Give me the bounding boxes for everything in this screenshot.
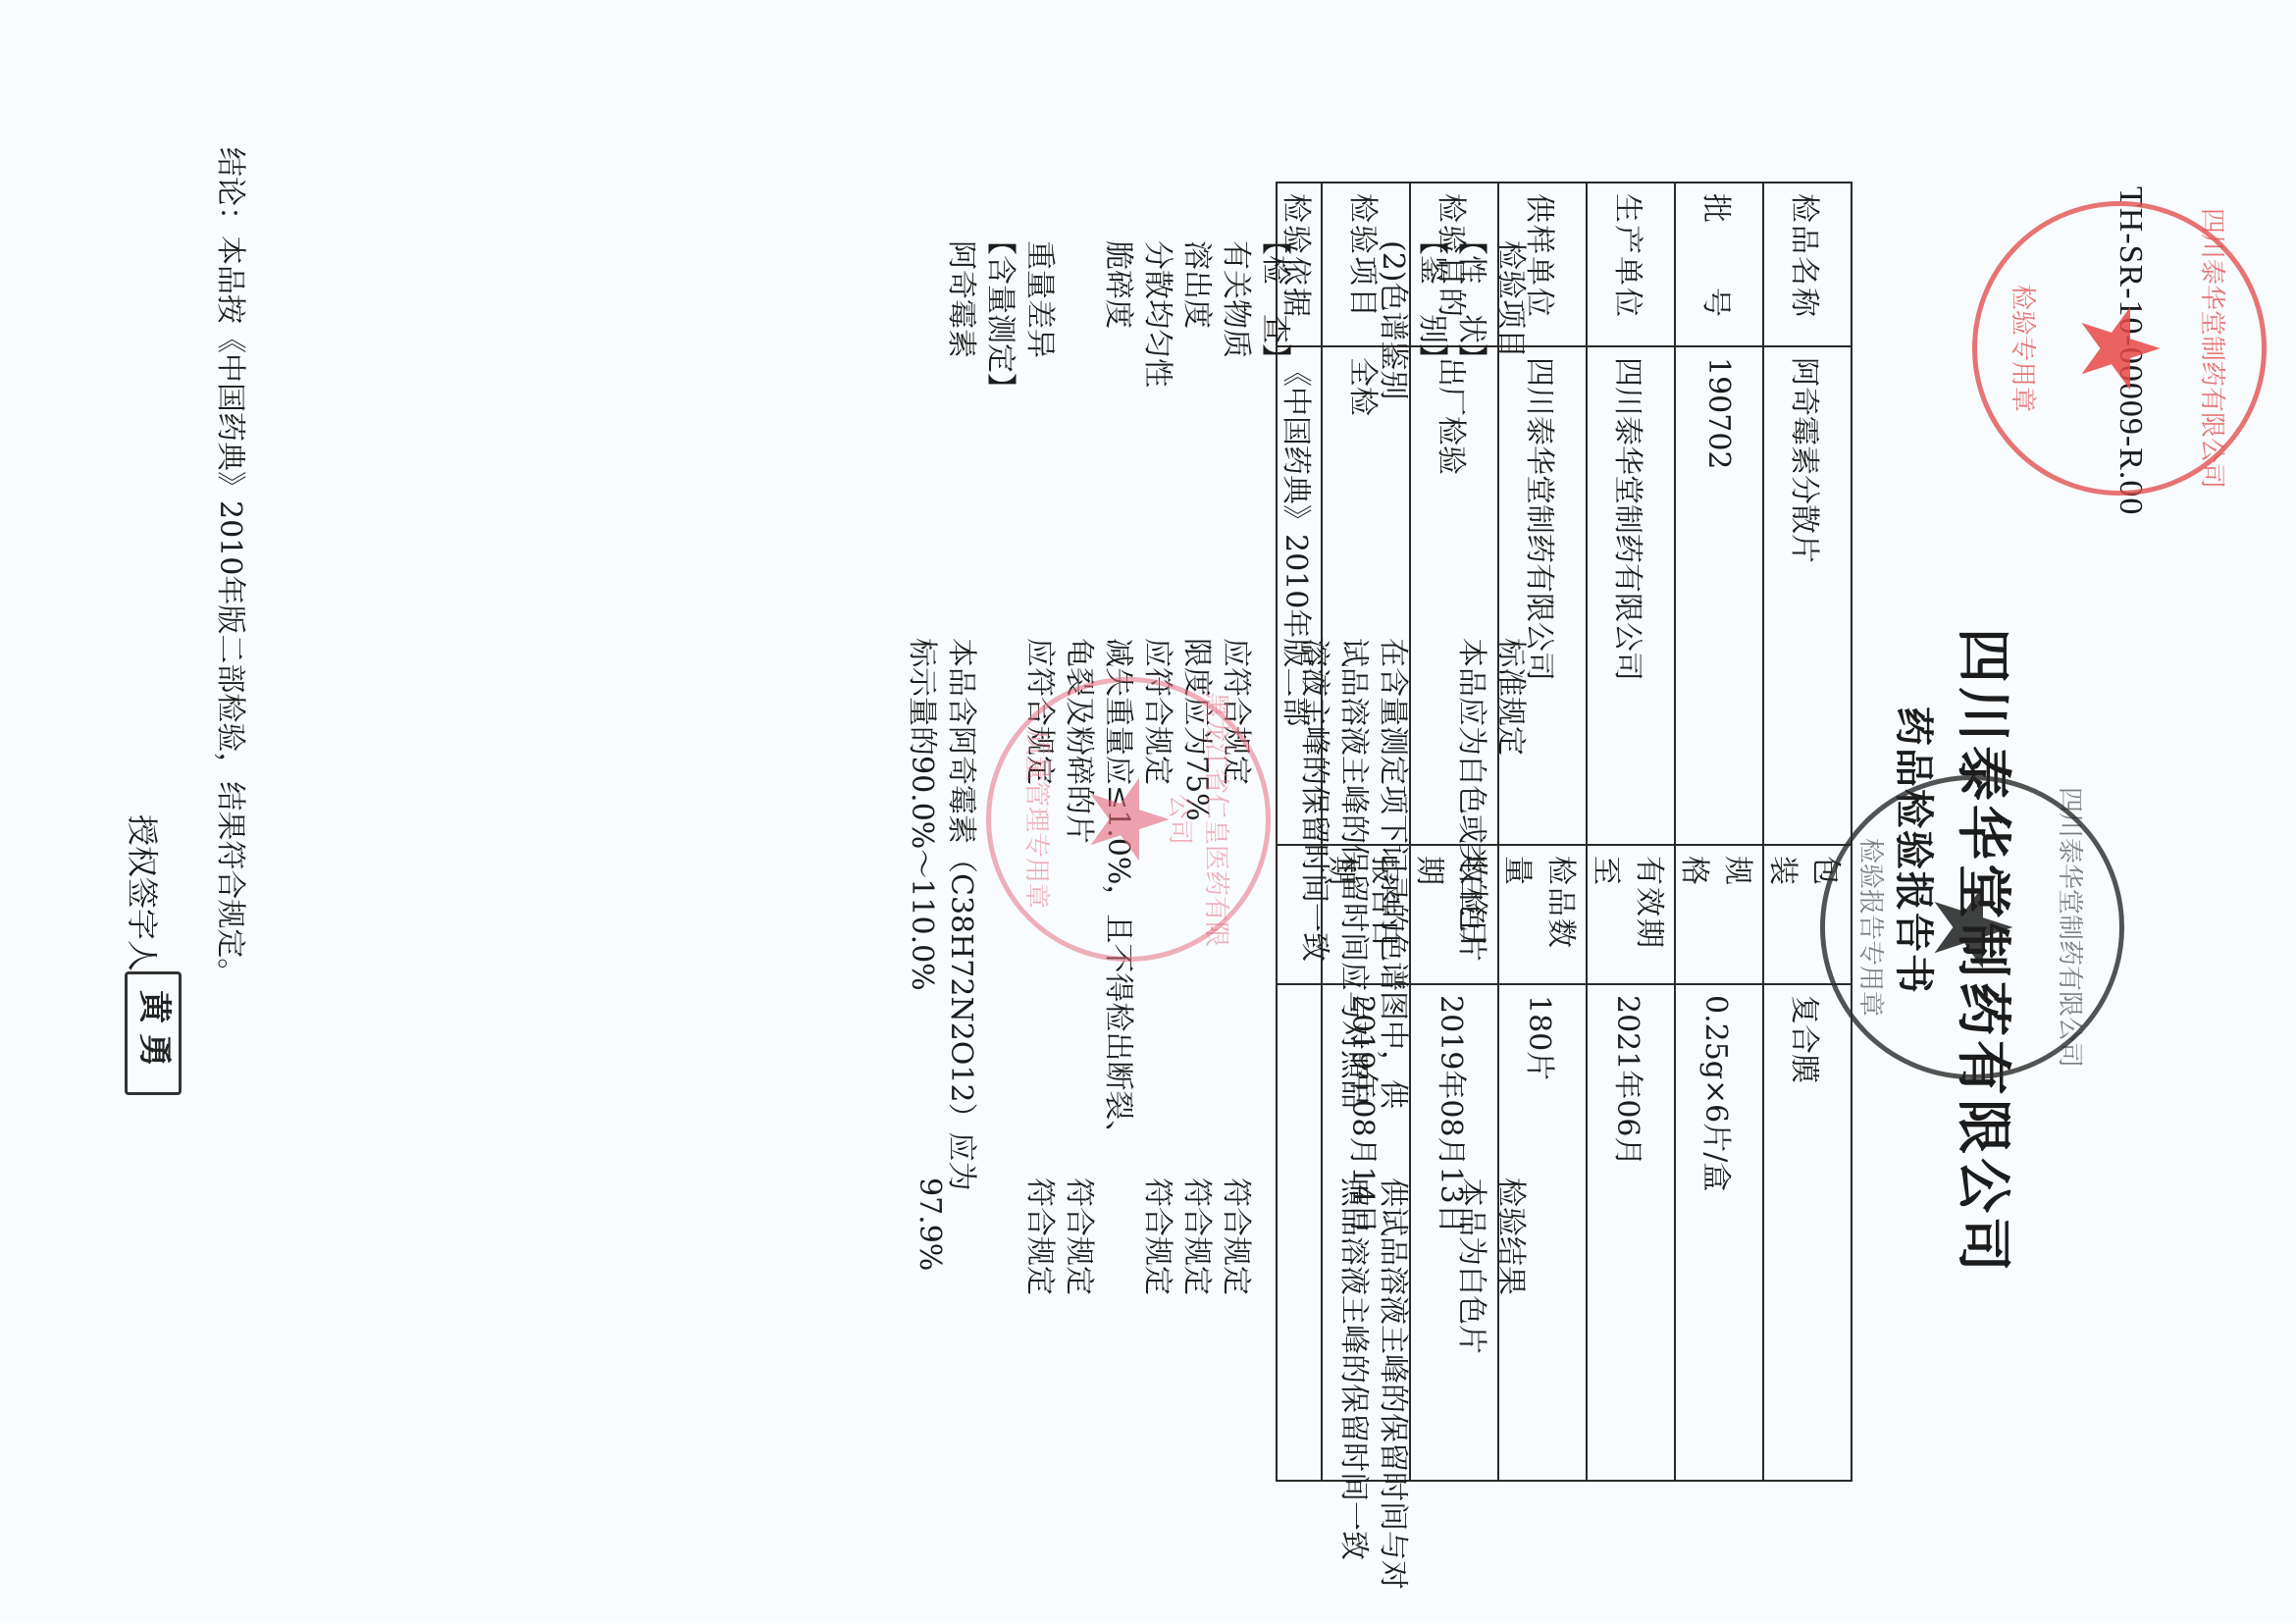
standard-text: 在含量测定项下记录的色谱图中，供: [1375, 638, 1418, 1109]
conclusion: 结论：本品按《中国药典》2010年版二部检验，结果符合规定。: [212, 147, 255, 987]
info-value: 2021年06月: [1587, 984, 1675, 1481]
result-text: 符合规定: [1021, 1178, 1065, 1295]
result-text: 照品溶液主峰的保留时间一致: [1335, 1178, 1379, 1560]
test-item: 重量差异: [1021, 240, 1065, 358]
seal-bottom-text: 质量管理专用章: [1020, 682, 1057, 957]
star-icon: ★: [1074, 771, 1182, 868]
seal-top-text: 四川泰华堂制药有限公司: [2054, 780, 2090, 1074]
report-seal-gray: 四川泰华堂制药有限公司 ★ 检验报告专用章: [1820, 775, 2124, 1079]
info-value: 四川泰华堂制药有限公司: [1498, 346, 1587, 845]
standard-text: 标示量的90.0%～110.0%: [904, 638, 947, 991]
section-heading: 【鉴 别】: [1414, 226, 1457, 373]
signature-seal: 黄勇: [125, 971, 182, 1095]
info-value: 四川泰华堂制药有限公司: [1587, 346, 1675, 845]
result-text: 97.9%: [913, 1178, 947, 1271]
column-header-item: 检验项目: [1492, 240, 1536, 358]
standard-text: 溶液主峰的保留时间一致: [1296, 638, 1339, 962]
test-item: 分散均匀性: [1139, 240, 1182, 388]
inspection-seal-red: 四川泰华堂制药有限公司 ★ 检验专用章: [1972, 201, 2267, 496]
seal-bottom-text: 检验报告专用章: [1854, 780, 1891, 1074]
info-label: 批 号: [1675, 183, 1763, 346]
info-value: 0.25g×6片/盒: [1675, 984, 1763, 1481]
result-text: 符合规定: [1139, 1178, 1182, 1295]
star-icon: ★: [1918, 879, 2026, 976]
result-text: 符合规定: [1061, 1178, 1104, 1295]
seal-bottom-text: 检验专用章: [2007, 206, 2043, 491]
result-text: 本品为白色片: [1453, 1178, 1496, 1354]
test-item: (2)色谱鉴别: [1375, 240, 1418, 400]
signer-label: 授权签字人: [122, 814, 167, 971]
standard-text: 试品溶液主峰的保留时间应与对照品: [1335, 638, 1379, 1109]
star-icon: ★: [2065, 300, 2173, 397]
test-item: 脆碎度: [1100, 240, 1143, 329]
info-label: 有效期至: [1587, 845, 1675, 984]
receiver-seal-pink: 黑龙江省仁皇医药有限公司 ★ 质量管理专用章: [986, 677, 1271, 962]
info-row: 生产单位四川泰华堂制药有限公司有效期至2021年06月: [1587, 183, 1675, 1481]
test-item: 有关物质: [1218, 240, 1261, 358]
info-row: 批 号190702规 格0.25g×6片/盒: [1675, 183, 1763, 1481]
info-value: 复合膜: [1763, 984, 1852, 1481]
section-heading: 【含量测定】: [982, 226, 1025, 402]
test-item: 阿奇霉素: [943, 240, 986, 358]
seal-top-text: 四川泰华堂制药有限公司: [2196, 206, 2232, 491]
info-row: 检品名称阿奇霉素分散片包 装复合膜: [1763, 183, 1852, 1481]
test-item: 溶出度: [1178, 240, 1222, 329]
standard-text: 本品含阿奇霉素（C38H72N2O12）应为: [943, 638, 986, 1191]
info-value: 190702: [1675, 346, 1763, 845]
info-value: [1277, 984, 1322, 1481]
result-text: 符合规定: [1178, 1178, 1222, 1295]
result-text: 供试品溶液主峰的保留时间与对: [1375, 1178, 1418, 1590]
info-label: 规 格: [1675, 845, 1763, 984]
info-label: 生产单位: [1587, 183, 1675, 346]
section-heading: 【检 查】: [1257, 226, 1300, 373]
info-value: 阿奇霉素分散片: [1763, 346, 1852, 845]
column-header-result: 检验结果: [1492, 1178, 1536, 1295]
standard-text: 本品应为白色或类白色片: [1453, 638, 1496, 962]
inspection-report-page: TH-SR-10-00009-R.00 四川泰华堂制药有限公司 药品检验报告书 …: [0, 0, 2296, 1623]
info-label: 检品数量: [1498, 845, 1587, 984]
result-text: 符合规定: [1218, 1178, 1261, 1295]
section-heading: 【性 状】: [1453, 226, 1496, 373]
info-label: 检品名称: [1763, 183, 1852, 346]
column-header-standard: 标准规定: [1492, 638, 1536, 756]
